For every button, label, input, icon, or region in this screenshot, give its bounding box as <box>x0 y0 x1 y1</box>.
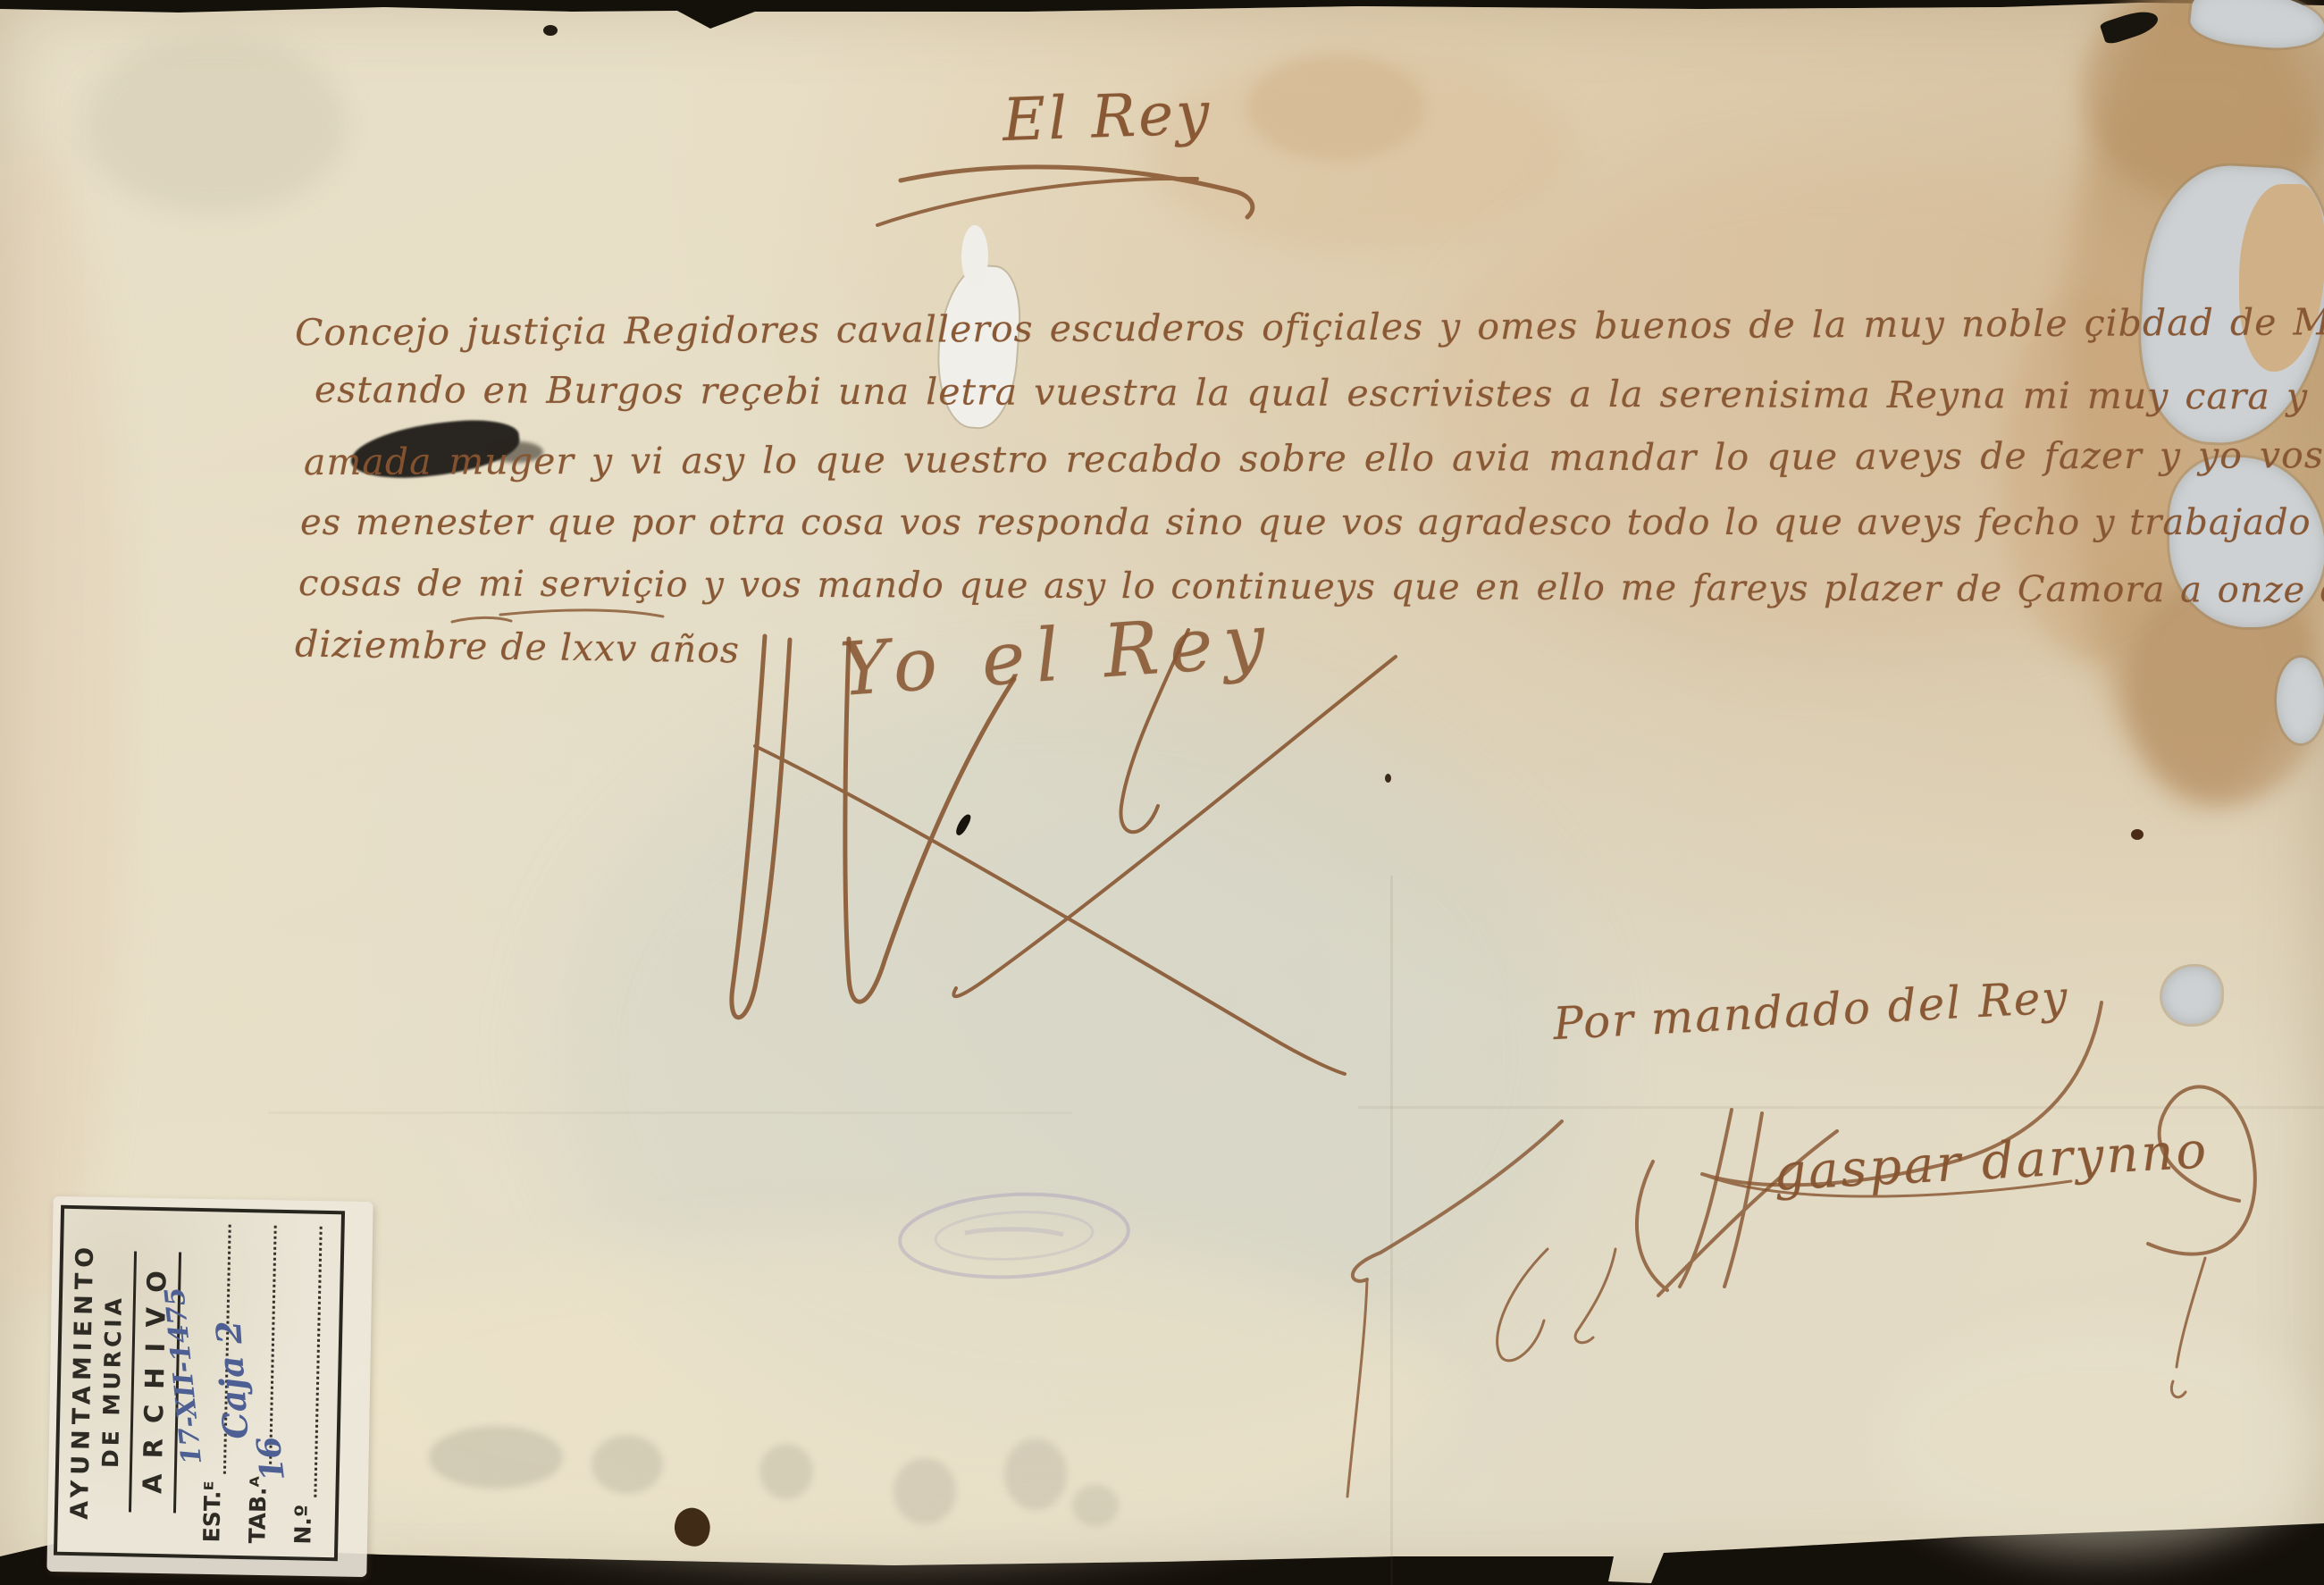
archive-stamp <box>898 1188 1130 1282</box>
label-field-row: N.º 16 <box>270 1226 322 1545</box>
manuscript-line: cosas de mi serviçio y vos mando que asy… <box>298 563 2324 611</box>
countersign-flourishes <box>1347 1002 2102 1497</box>
label-field-label: EST.ᴱ <box>199 1480 225 1542</box>
label-field-label: TAB.ᴬ <box>245 1476 272 1544</box>
archive-label-box: AYUNTAMIENTO DE MURCIA ARCHIVO EST.ᴱ 17-… <box>54 1205 345 1562</box>
manuscript-line: es menester que por otra cosa vos respon… <box>300 502 2311 543</box>
document-heading: El Rey <box>1002 79 1213 155</box>
label-field-value: Caja 2 <box>208 1319 256 1440</box>
archive-label: AYUNTAMIENTO DE MURCIA ARCHIVO EST.ᴱ 17-… <box>54 1205 345 1562</box>
el-rey-flourish <box>877 167 1253 225</box>
label-field-row: TAB.ᴬ Caja 2 <box>224 1225 276 1544</box>
label-field-label: N.º <box>290 1505 316 1545</box>
label-dotted-line <box>287 1226 322 1497</box>
manuscript-line: estando en Burgos reçebi una letra vuest… <box>315 368 2324 418</box>
manuscript-scan: El Rey Concejo justiçia Regidores cavall… <box>0 0 2324 1585</box>
label-field-value: 16 <box>249 1434 292 1483</box>
date-line-dash <box>452 610 663 622</box>
manuscript-line: diziembre de lxxv años <box>295 623 741 672</box>
manuscript-line: amada muger y vi asy lo que vuestro reca… <box>304 433 2324 483</box>
